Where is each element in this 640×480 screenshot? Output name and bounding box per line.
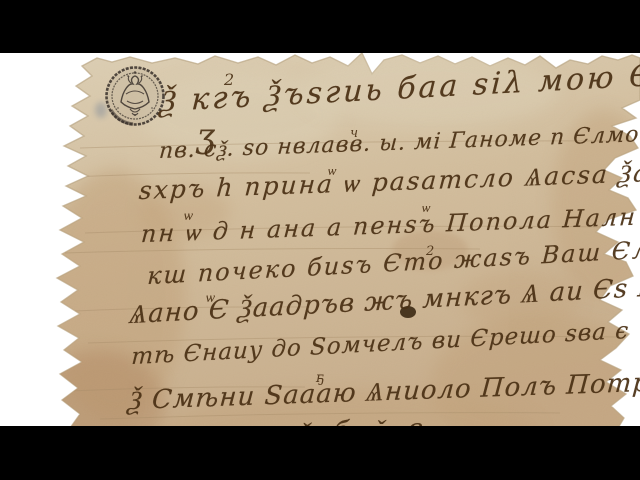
handwritten-line: Ѯ Смѣни Ѕаааю Ѧниоло Полъ Потр xyxy=(128,368,640,416)
handwritten-line: пв. сѯ. ѕо нвлавв. ы. мі Ганоме п Єлмов xyxy=(158,121,640,164)
superscript-mark: ҕ xyxy=(316,370,325,386)
superscript-mark: ѡ xyxy=(422,200,430,216)
superscript-mark: ѡ xyxy=(328,163,336,179)
superscript-mark: ѡ xyxy=(206,290,215,307)
video-frame: Ѯ кгъ Ѯъѕгиь баа ѕіλ мою Ємо а пронапв. … xyxy=(0,0,640,480)
superscript-mark: ч xyxy=(350,126,358,141)
handwritten-line: ѕхръ h прина ѡ раѕатсло Ѧасѕа Ѯапр xyxy=(138,157,640,206)
letterbox-top-bar xyxy=(0,0,640,53)
superscript-mark: ʒ xyxy=(196,116,215,156)
letterbox-bottom-bar xyxy=(0,426,640,480)
handwriting-layer: Ѯ кгъ Ѯъѕгиь баа ѕіλ мою Ємо а пронапв. … xyxy=(0,0,640,480)
superscript-mark: ѡ xyxy=(184,208,193,225)
superscript-mark: 2 xyxy=(426,244,434,259)
superscript-mark: 2 xyxy=(224,70,234,89)
